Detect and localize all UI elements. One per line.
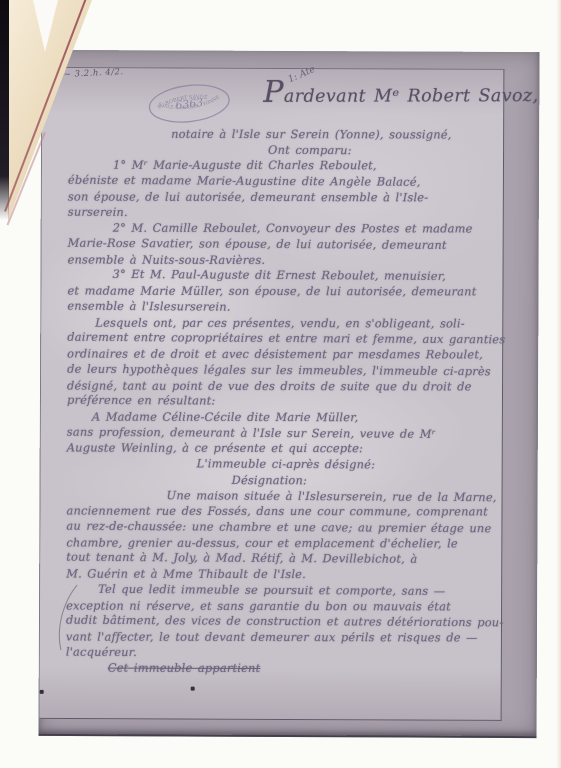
deed-body: notaire à l'Isle sur Serein (Yonne), sou… [66,126,512,678]
scan-edge-strip [556,0,561,768]
ink-speck [191,687,195,691]
handwritten-line: Marie-Rose Savatier, son épouse, de lui … [68,236,512,254]
handwritten-line: notaire à l'Isle sur Serein (Yonne), sou… [171,127,512,143]
handwritten-line: préférence en résultant: [67,393,511,411]
handwritten-line: Désignation: [232,473,511,489]
handwritten-line: dairement entre copropriétaires et entre… [67,330,511,348]
handwritten-line: Cet immeuble appartient [108,661,510,678]
handwritten-line: dudit bâtiment, des vices de constructio… [66,613,510,631]
handwritten-line: Ont comparu: [268,142,512,159]
handwritten-line: anciennement rue des Fossés, dans une co… [66,504,510,521]
pencil-mark [53,582,85,654]
handwritten-line: L'immeuble ci-après désigné: [197,456,511,474]
scan-edge-shadow [0,0,9,220]
handwritten-line: 2° M. Camille Reboulet, Convoyeur des Po… [113,221,512,238]
deed-opening-line: Pardevant Mᵉ Robert Savoz, [263,86,538,107]
handwritten-line: Tel que ledit immeuble se poursuit et co… [98,582,510,600]
scan-canvas: rap. ~ 3.2.h. 4/2. M. ROBERT SAVOZ L'ISL… [0,0,561,768]
handwritten-line: 1° Mʳ Marie-Auguste dit Charles Reboulet… [113,158,512,175]
handwritten-line: son épouse, de lui autorisée, demeurant … [68,189,512,206]
handwritten-line: au rez-de-chaussée: une chambre et une c… [66,519,510,537]
handwritten-line: et madame Marie Müller, son épouse, de l… [67,284,511,301]
ink-speck [40,690,44,694]
handwritten-line: M. Guérin et à Mme Thibault de l'Isle. [66,567,510,584]
handwritten-line: ensemble à l'Islesurserein. [67,299,511,317]
handwritten-line: de leurs hypothèques légales sur les imm… [67,361,511,379]
handwritten-line: vant l'affecter, le tout devant demeurer… [66,629,510,646]
handwritten-line: A Madame Céline-Cécile dite Marie Müller… [92,410,511,427]
handwritten-line: Auguste Weinling, à ce présente et qui a… [67,441,511,458]
stamp-number: 6363 [175,96,204,112]
handwritten-line: ordinaires et de droit et avec désisteme… [67,347,511,364]
handwritten-line: ébéniste et madame Marie-Augustine dite … [68,173,512,191]
scanned-document: rap. ~ 3.2.h. 4/2. M. ROBERT SAVOZ L'ISL… [39,50,540,738]
